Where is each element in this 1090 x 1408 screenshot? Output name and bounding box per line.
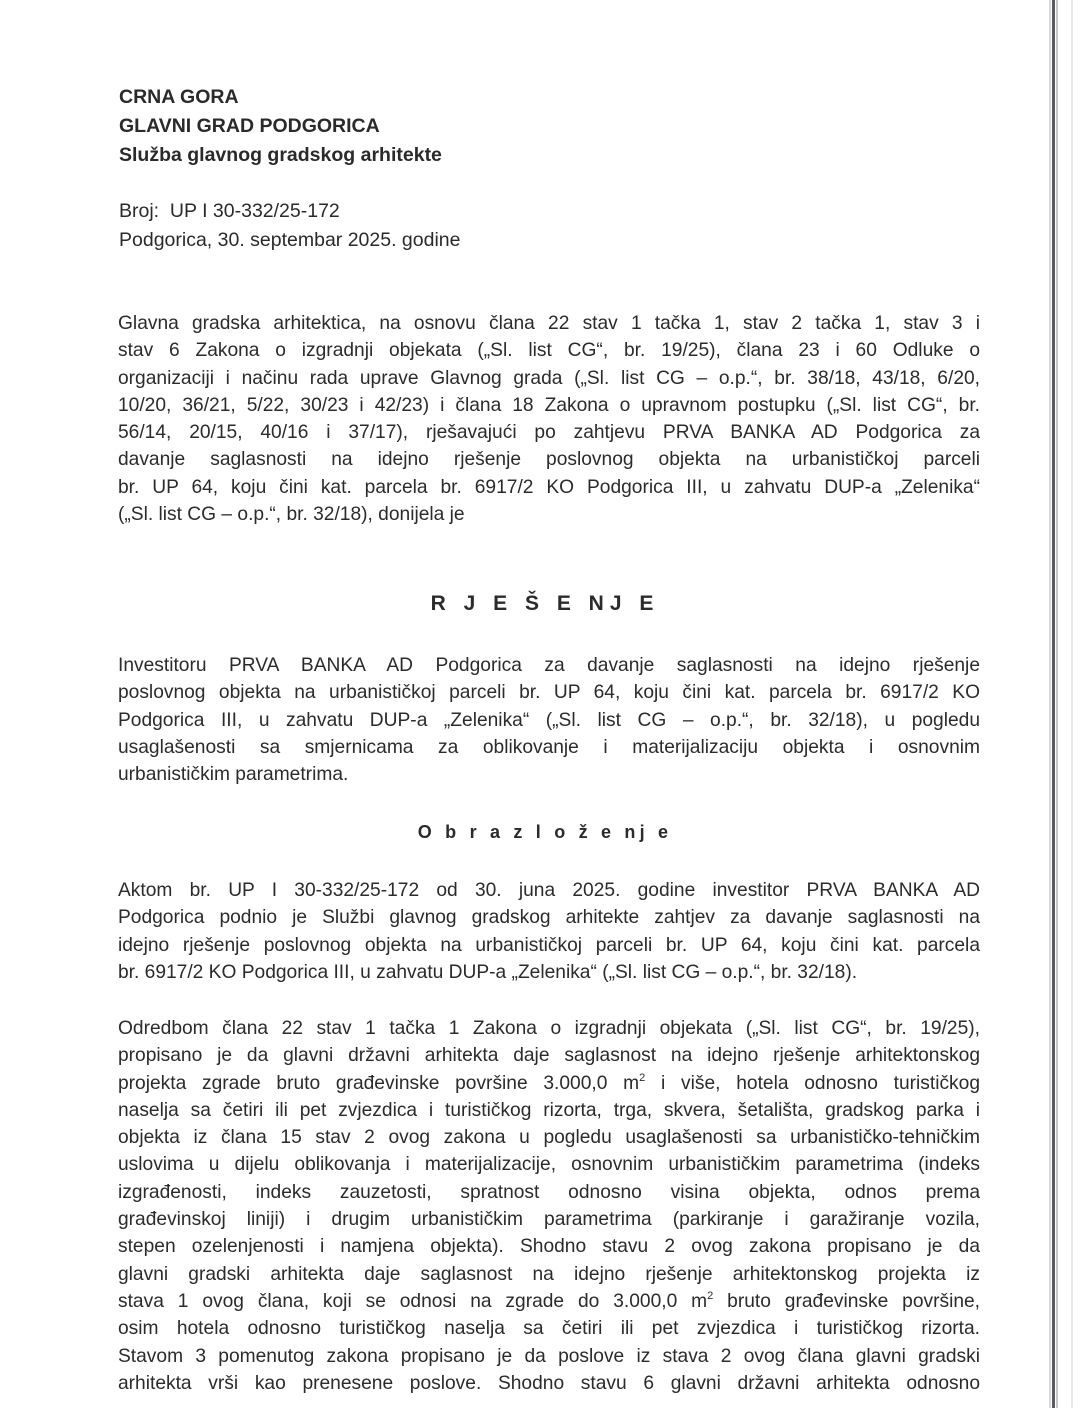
text-line: organizaciji i načinu rada uprave Glavno…: [118, 365, 980, 392]
text-line: osim hotela odnosno turističkog naselja …: [118, 1315, 980, 1342]
text-segment: bruto građevinske površine,: [713, 1291, 980, 1312]
text-line: stava 1 ovog člana, koji se odnosi na zg…: [118, 1288, 980, 1315]
scan-edge-line: [1071, 0, 1073, 1408]
text-line: propisano je da glavni državni arhitekta…: [118, 1042, 980, 1069]
text-line: Odredbom člana 22 stav 1 tačka 1 Zakona …: [118, 1015, 980, 1042]
text-line: izgrađenosti, indeks zauzetosti, spratno…: [118, 1179, 980, 1206]
decision-paragraph: Investitoru PRVA BANKA AD Podgorica za d…: [118, 652, 980, 788]
text-line: Podgorica III, u zahvatu DUP-a „Zelenika…: [118, 707, 980, 734]
reasoning-paragraph-2: Odredbom člana 22 stav 1 tačka 1 Zakona …: [118, 1015, 980, 1397]
scan-edge-line: [1052, 0, 1055, 1408]
decision-title: R J E Š E NJ E: [0, 592, 1090, 616]
text-line: urbanističkim parametrima.: [118, 761, 980, 788]
text-line: idejno rješenje poslovnog objekta na urb…: [118, 932, 980, 959]
letterhead-country: CRNA GORA: [119, 83, 442, 112]
text-line: 56/14, 20/15, 40/16 i 37/17), rješavajuć…: [118, 419, 980, 446]
text-line: građevinskoj liniji) i drugim urbanistič…: [118, 1206, 980, 1233]
text-line: arhitekta vrši kao prenesene poslove. Sh…: [118, 1370, 980, 1397]
text-line: stav 6 Zakona o izgradnji objekata („Sl.…: [118, 337, 980, 364]
text-line: stepen ozelenjenosti i namjena objekta).…: [118, 1233, 980, 1260]
text-line: uslovima u dijelu oblikovanja i materija…: [118, 1151, 980, 1178]
text-line: Podgorica podnio je Službi glavnog grads…: [118, 904, 980, 931]
text-line: usaglašenosti sa smjernicama za oblikova…: [118, 734, 980, 761]
text-line: br. UP 64, koju čini kat. parcela br. 69…: [118, 474, 980, 501]
text-line: glavni gradski arhitekta daje saglasnost…: [118, 1261, 980, 1288]
intro-paragraph: Glavna gradska arhitektica, na osnovu čl…: [118, 310, 980, 528]
text-line: Investitoru PRVA BANKA AD Podgorica za d…: [118, 652, 980, 679]
reasoning-paragraph-1: Aktom br. UP I 30-332/25-172 od 30. juna…: [118, 877, 980, 986]
text-line: br. 6917/2 KO Podgorica III, u zahvatu D…: [118, 959, 980, 986]
text-line: objekta iz člana 15 stav 2 ovog zakona u…: [118, 1124, 980, 1151]
document-page: CRNA GORA GLAVNI GRAD PODGORICA Služba g…: [0, 0, 1090, 1408]
text-line: 10/20, 36/21, 5/22, 30/23 i 42/23) i čla…: [118, 392, 980, 419]
reference-block: Broj: UP I 30-332/25-172 Podgorica, 30. …: [119, 197, 461, 255]
text-line: naselja sa četiri ili pet zvjezdica i tu…: [118, 1097, 980, 1124]
letterhead: CRNA GORA GLAVNI GRAD PODGORICA Služba g…: [119, 83, 442, 170]
text-segment: projekta zgrade bruto građevinske površi…: [118, 1073, 639, 1094]
place-and-date: Podgorica, 30. septembar 2025. godine: [119, 226, 461, 255]
text-line: Aktom br. UP I 30-332/25-172 od 30. juna…: [118, 877, 980, 904]
text-line: („Sl. list CG – o.p.“, br. 32/18), donij…: [118, 501, 980, 528]
document-number: Broj: UP I 30-332/25-172: [119, 197, 461, 226]
letterhead-city: GLAVNI GRAD PODGORICA: [119, 112, 442, 141]
text-segment: stava 1 ovog člana, koji se odnosi na zg…: [118, 1291, 707, 1312]
reasoning-title: O b r a z l o ž e nj e: [0, 822, 1090, 843]
text-line: Stavom 3 pomenutog zakona propisano je d…: [118, 1343, 980, 1370]
text-line: projekta zgrade bruto građevinske površi…: [118, 1070, 980, 1097]
text-segment: i više, hotela odnosno turističkog: [645, 1073, 980, 1094]
text-line: davanje saglasnosti na idejno rješenje p…: [118, 446, 980, 473]
text-line: Glavna gradska arhitektica, na osnovu čl…: [118, 310, 980, 337]
scan-edge-line: [1056, 0, 1058, 1408]
text-line: poslovnog objekta na urbanističkoj parce…: [118, 679, 980, 706]
scan-edge-line: [1049, 0, 1051, 1408]
letterhead-office: Služba glavnog gradskog arhitekte: [119, 141, 442, 170]
